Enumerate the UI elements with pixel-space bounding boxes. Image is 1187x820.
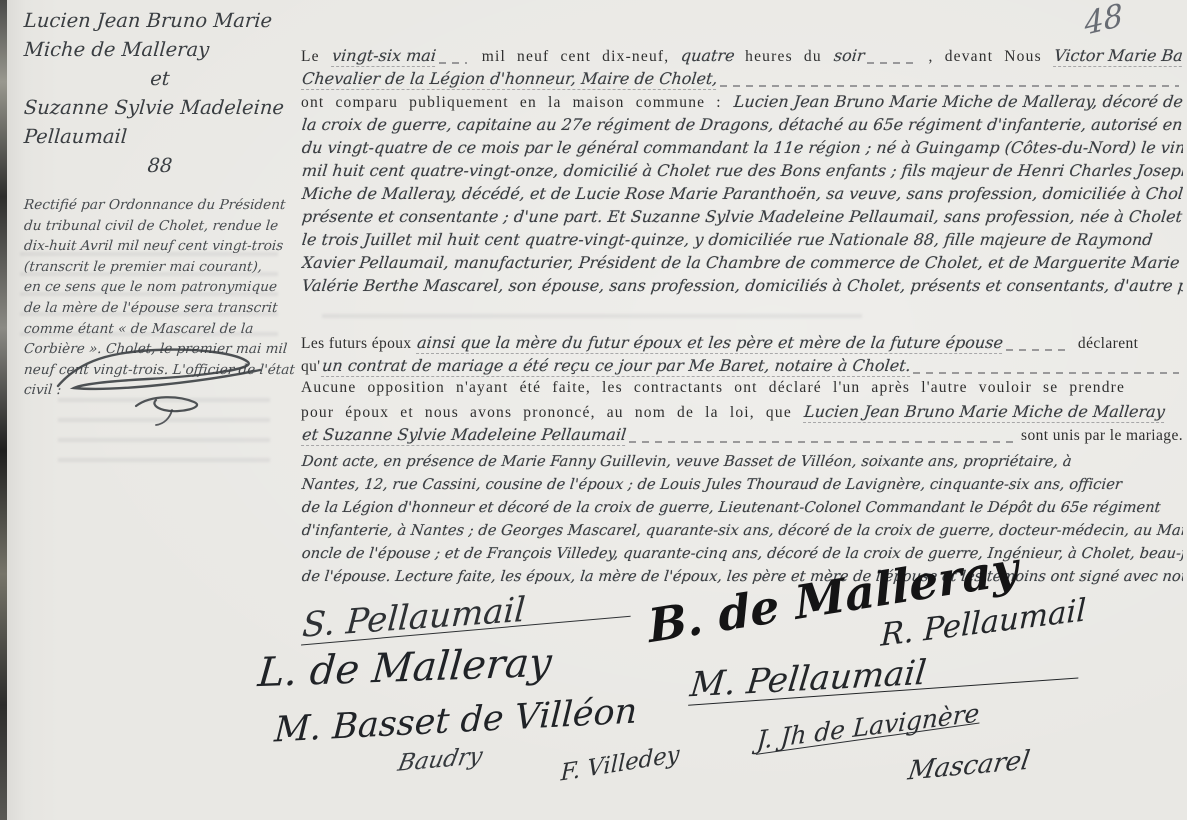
handwritten-text: de la Légion d'honneur et décoré de la c…: [301, 499, 1161, 516]
fill-line: [439, 62, 467, 64]
fill-line: [629, 441, 1013, 443]
handwritten-text: Lucien Jean Bruno Marie Miche de Mallera…: [733, 92, 1183, 111]
printed-text: heures du: [734, 48, 833, 66]
rectification-line: Rectifié par Ordonnance du Président: [23, 195, 297, 216]
signature: Mascarel: [906, 747, 1031, 784]
printed-text: déclarent: [1074, 335, 1139, 353]
handwritten-text: le trois Juillet mil huit cent quatre-vi…: [301, 230, 1154, 249]
act-line: Valérie Berthe Mascarel, son épouse, san…: [301, 276, 1183, 299]
printed-text: Le: [301, 48, 331, 66]
act-line: le trois Juillet mil huit cent quatre-vi…: [301, 230, 1183, 253]
margin-name-line: Miche de Malleray: [23, 35, 297, 64]
rectification-line: (transcrit le premier mai courant),: [23, 257, 297, 278]
handwritten-text: Chevalier de la Légion d'honneur, Maire …: [301, 69, 719, 90]
act-line: Dont acte, en présence de Marie Fanny Gu…: [301, 453, 1183, 476]
rectification-line: de la mère de l'épouse sera transcrit: [23, 298, 297, 319]
act-line: mil huit cent quatre-vingt-onze, domicil…: [301, 161, 1183, 184]
margin-name-line: Lucien Jean Bruno Marie: [23, 6, 297, 35]
signature: L. de Malleray: [256, 643, 553, 693]
signature-flourish-line: [756, 722, 980, 754]
fill-line: [1006, 349, 1070, 351]
printed-text: mil neuf cent dix-neuf,: [471, 48, 681, 66]
act-line: ont comparu publiquement en la maison co…: [301, 92, 1183, 115]
printed-text: Les futurs époux: [301, 335, 416, 353]
printed-text: pour époux et nous avons prononcé, au no…: [301, 404, 803, 422]
handwritten-text: présente et consentante ; d'une part. Et…: [301, 207, 1183, 226]
act-line: Le vingt-six mai mil neuf cent dix-neuf,…: [301, 46, 1183, 69]
handwritten-text: de l'épouse. Lecture faite, les époux, l…: [301, 568, 1183, 585]
rectification-line: comme étant « de Mascarel de la: [23, 319, 297, 340]
handwritten-text: mil huit cent quatre-vingt-onze, domicil…: [301, 161, 1183, 180]
fill-line: [913, 372, 1179, 374]
act-line: Les futurs époux ainsi que la mère du fu…: [301, 333, 1183, 356]
printed-text: qu': [301, 358, 321, 376]
rectification-line: en ce sens que le nom patronymique: [23, 277, 297, 298]
handwritten-text: Nantes, 12, rue Cassini, cousine de l'ép…: [301, 476, 1123, 493]
margin-name-line: et: [23, 64, 297, 93]
signature: Baudry: [396, 745, 484, 776]
act-line: présente et consentante ; d'une part. Et…: [301, 207, 1183, 230]
fill-line: [867, 62, 913, 64]
official-signature-flourish: [52, 346, 287, 426]
handwritten-text: soir: [833, 46, 866, 65]
signature: F. Villedey: [560, 743, 680, 785]
handwritten-text: Valérie Berthe Mascarel, son épouse, san…: [301, 276, 1183, 295]
act-line: Chevalier de la Légion d'honneur, Maire …: [301, 69, 1183, 92]
handwritten-text: un contrat de mariage a été reçu ce jour…: [321, 356, 912, 377]
signature: M. Basset de Villéon: [273, 694, 638, 748]
signature: M. Pellaumail: [688, 648, 1081, 703]
act-line: Aucune opposition n'ayant été faite, les…: [301, 379, 1183, 402]
act-declaration-paragraph: Les futurs époux ainsi que la mère du fu…: [301, 333, 1183, 448]
handwritten-text: Miche de Malleray, décédé, et de Lucie R…: [301, 184, 1183, 203]
printed-text: sont unis par le mariage.: [1017, 427, 1183, 445]
rectification-line: du tribunal civil de Cholet, rendue le: [23, 216, 297, 237]
signature: S. Pellaumail: [301, 585, 633, 642]
fill-line: [720, 85, 1179, 87]
register-page: 48 Lucien Jean Bruno MarieMiche de Malle…: [0, 0, 1187, 820]
act-line: oncle de l'épouse ; et de François Ville…: [301, 545, 1183, 568]
printed-text: , devant Nous: [917, 48, 1052, 66]
act-opening-paragraph: Le vingt-six mai mil neuf cent dix-neuf,…: [301, 46, 1183, 299]
handwritten-text: Xavier Pellaumail, manufacturier, Présid…: [301, 253, 1181, 272]
handwritten-text: la croix de guerre, capitaine au 27e rég…: [301, 115, 1183, 134]
act-line: et Suzanne Sylvie Madeleine Pellaumail s…: [301, 425, 1183, 448]
printed-text: ont comparu publiquement en la maison co…: [301, 94, 733, 112]
margin-name-line: Suzanne Sylvie Madeleine: [23, 93, 297, 122]
margin-name-line: 88: [23, 151, 297, 180]
rectification-line: dix-huit Avril mil neuf cent vingt-trois: [23, 236, 297, 257]
handwritten-text: oncle de l'épouse ; et de François Ville…: [301, 545, 1183, 562]
signature: J. Jh de Lavignère: [756, 700, 981, 753]
act-line: du vingt-quatre de ce mois par le généra…: [301, 138, 1183, 161]
act-line: Xavier Pellaumail, manufacturier, Présid…: [301, 253, 1183, 276]
handwritten-text: du vingt-quatre de ce mois par le généra…: [301, 138, 1183, 157]
margin-column: Lucien Jean Bruno MarieMiche de Malleray…: [24, 6, 296, 401]
act-line: d'infanterie, à Nantes ; de Georges Masc…: [301, 522, 1183, 545]
handwritten-text: d'infanterie, à Nantes ; de Georges Masc…: [301, 522, 1183, 539]
act-line: pour époux et nous avons prononcé, au no…: [301, 402, 1183, 425]
act-line: Miche de Malleray, décédé, et de Lucie R…: [301, 184, 1183, 207]
signature-flourish-line: [301, 616, 631, 646]
page-number: 48: [1083, 0, 1124, 43]
handwritten-text: Lucien Jean Bruno Marie Miche de Mallera…: [803, 402, 1166, 423]
act-witnesses-paragraph: Dont acte, en présence de Marie Fanny Gu…: [301, 453, 1183, 591]
margin-names: Lucien Jean Bruno MarieMiche de Malleray…: [24, 6, 296, 180]
act-line: Nantes, 12, rue Cassini, cousine de l'ép…: [301, 476, 1183, 499]
act-line: de la Légion d'honneur et décoré de la c…: [301, 499, 1183, 522]
handwritten-text: Dont acte, en présence de Marie Fanny Gu…: [301, 453, 1073, 470]
margin-name-line: Pellaumail: [23, 122, 297, 151]
act-line: la croix de guerre, capitaine au 27e rég…: [301, 115, 1183, 138]
handwritten-text: quatre: [680, 46, 736, 65]
signature-flourish-line: [688, 677, 1078, 705]
binding-edge: [0, 0, 7, 820]
act-line: qu'un contrat de mariage a été reçu ce j…: [301, 356, 1183, 379]
handwritten-text: Victor Marie Baudry,: [1053, 46, 1183, 67]
printed-text: Aucune opposition n'ayant été faite, les…: [301, 379, 1125, 397]
handwritten-text: et Suzanne Sylvie Madeleine Pellaumail: [301, 425, 627, 446]
handwritten-text: vingt-six mai: [331, 46, 437, 67]
act-body: Le vingt-six mai mil neuf cent dix-neuf,…: [301, 46, 1183, 591]
handwritten-text: ainsi que la mère du futur époux et les …: [416, 333, 1004, 354]
